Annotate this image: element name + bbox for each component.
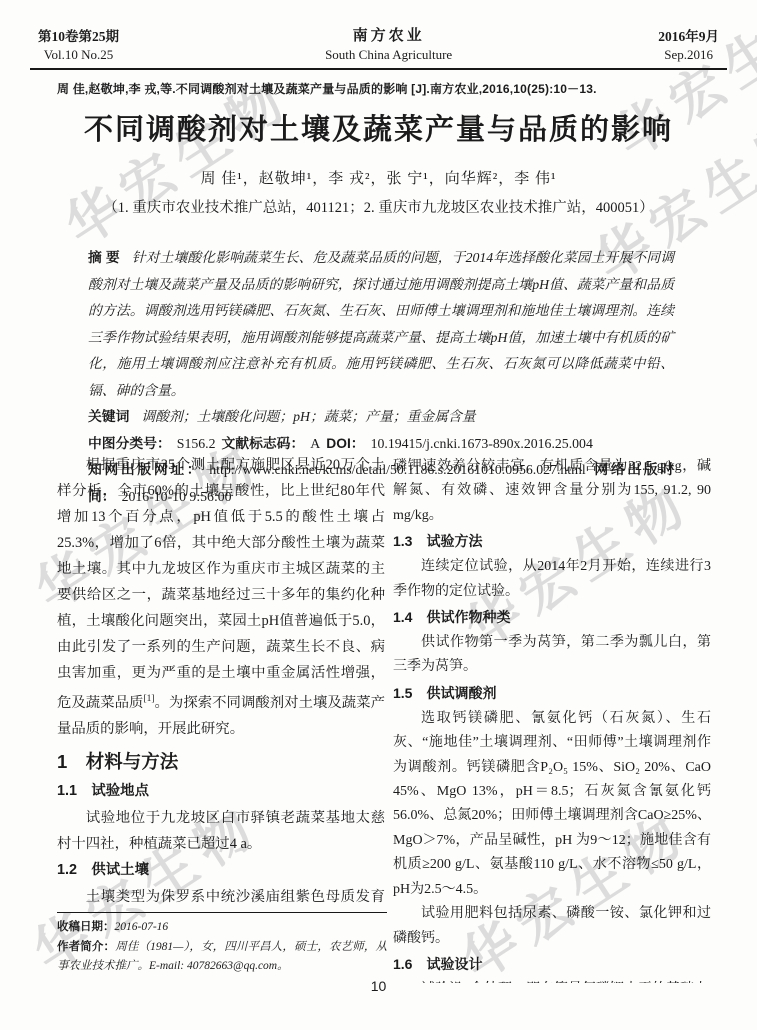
keywords-line: 关键词调酸剂；土壤酸化问题；pH；蔬菜；产量；重金属含量	[88, 404, 674, 431]
journal-name-en: South China Agriculture	[325, 46, 452, 63]
section-1-5-paragraph-b: 试验用肥料包括尿素、磷酸一铵、氯化钾和过磷酸钙。	[393, 902, 711, 951]
author-bio-line: 作者简介：周佳（1981—），女，四川平昌人，硕士，农艺师，从事农业技术推广。E…	[57, 938, 387, 977]
clc-label: 中图分类号：	[88, 436, 171, 451]
section-1-4-heading: 1.4 供试作物种类	[393, 605, 711, 630]
header-journal-block: 南方农业 South China Agriculture	[325, 27, 452, 63]
issue-date-cn: 2016年9月	[658, 27, 719, 46]
header-volume-block: 第10卷第25期 Vol.10 No.25	[38, 27, 119, 63]
section-1-2-paragraph: 土壤类型为侏罗系中统沙溪庙组紫色母质发育的灰棕紫泥。土壤呈酸性反应，pH＝5.0…	[57, 884, 385, 914]
volume-cn: 第10卷第25期	[38, 27, 119, 46]
keywords-text: 调酸剂；土壤酸化问题；pH；蔬菜；产量；重金属含量	[141, 409, 475, 424]
section-1-3-heading: 1.3 试验方法	[393, 529, 711, 554]
footnote-block: 收稿日期：2016-07-16 作者简介：周佳（1981—），女，四川平昌人，硕…	[57, 912, 387, 977]
citation-line: 周 佳,赵敬坤,李 戎,等.不同调酸剂对土壤及蔬菜产量与品质的影响 [J].南方…	[57, 80, 719, 97]
keywords-label: 关键词	[88, 409, 129, 424]
section-1-3-paragraph: 连续定位试验，从2014年2月开始，连续进行3季作物的定位试验。	[393, 555, 711, 604]
received-date-label: 收稿日期：	[57, 921, 115, 933]
doc-code-value: A	[310, 436, 320, 451]
abstract-text: 针对土壤酸化影响蔬菜生长、危及蔬菜品质的问题，于2014年选择酸化菜园土开展不同…	[88, 250, 674, 398]
reference-mark: [1]	[143, 694, 154, 704]
author-bio-label: 作者简介：	[57, 941, 115, 953]
section-1-1-paragraph: 试验地位于九龙坡区白市驿镇老蔬菜基地太慈村十四社，种植蔬菜已超过4 a。	[57, 805, 385, 857]
doc-code-label: 文献标志码：	[222, 436, 305, 451]
article-title: 不同调酸剂对土壤及蔬菜产量与品质的影响	[0, 107, 757, 148]
body-column-right: 磷钾速效养分较丰富，有机质含量为32.5 g/kg，碱解氮、有效磷、速效钾含量分…	[393, 455, 711, 983]
received-date-line: 收稿日期：2016-07-16	[57, 918, 387, 938]
abstract-paragraph: 摘 要针对土壤酸化影响蔬菜生长、危及蔬菜品质的问题，于2014年选择酸化菜园土开…	[88, 245, 674, 404]
section-1-2-continuation: 磷钾速效养分较丰富，有机质含量为32.5 g/kg，碱解氮、有效磷、速效钾含量分…	[393, 455, 711, 528]
received-date-value: 2016-07-16	[115, 921, 169, 933]
page-number: 10	[0, 978, 757, 994]
section-1-2-heading: 1.2 供试土壤	[57, 858, 385, 883]
section-1-heading: 1 材料与方法	[57, 749, 385, 775]
clc-value: S156.2	[177, 436, 216, 451]
volume-en: Vol.10 No.25	[38, 46, 119, 63]
doi-value: 10.19415/j.cnki.1673-890x.2016.25.004	[371, 436, 593, 451]
authors-line: 周 佳¹，赵敬坤¹，李 戎²，张 宁¹，向华辉²，李 伟¹	[0, 167, 757, 188]
section-1-1-heading: 1.1 试验地点	[57, 779, 385, 804]
header-date-block: 2016年9月 Sep.2016	[658, 27, 719, 63]
intro-text-a: 根据重庆市35个测土配方施肥区县近20万个土样分析，全市60%的土壤呈酸性，比上…	[57, 457, 385, 711]
section-1-4-paragraph: 供试作物第一季为莴笋，第二季为瓢儿白，第三季为莴笋。	[393, 631, 711, 680]
section-1-5-heading: 1.5 供试调酸剂	[393, 681, 711, 706]
section-1-5-paragraph-a: 选取钙镁磷肥、氰氨化钙（石灰氮）、生石灰、“施地佳”土壤调理剂、“田师傅”土壤调…	[393, 707, 711, 902]
journal-name-cn: 南方农业	[325, 27, 452, 46]
body-column-left: 根据重庆市35个测土配方施肥区县近20万个土样分析，全市60%的土壤呈酸性，比上…	[57, 452, 385, 914]
abstract-label: 摘 要	[88, 250, 120, 265]
issue-date-en: Sep.2016	[658, 46, 719, 63]
section-1-6-heading: 1.6 试验设计	[393, 952, 711, 977]
doi-label: DOI：	[326, 436, 364, 451]
affiliation-line: （1. 重庆市农业技术推广总站，401121；2. 重庆市九龙坡区农业技术推广站…	[0, 196, 757, 217]
header-rule	[30, 68, 727, 70]
intro-paragraph: 根据重庆市35个测土配方施肥区县近20万个土样分析，全市60%的土壤呈酸性，比上…	[57, 452, 385, 742]
paper-page: 华宏生物 华宏生物 华宏生物 华宏生物 华宏生物 华宏生物 华宏生物 第10卷第…	[0, 0, 757, 1030]
journal-header: 第10卷第25期 Vol.10 No.25 南方农业 South China A…	[38, 27, 719, 63]
